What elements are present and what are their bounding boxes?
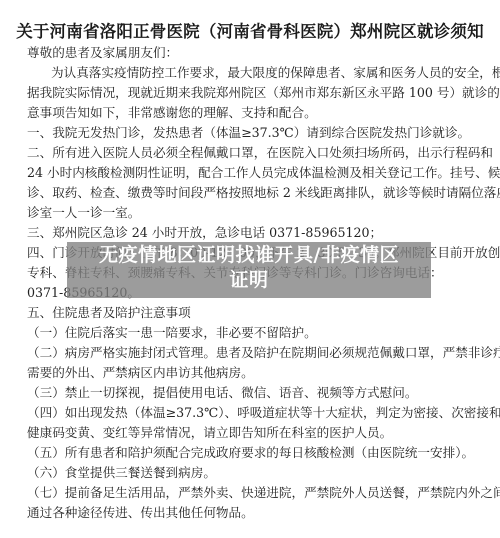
subitem-4-line-2: 健康码变黄、变红等异常情况，请立即告知所在科室的医护人员。	[27, 424, 392, 442]
headline-line-2: 证明	[67, 268, 431, 293]
item-5-heading: 五、住院患者及陪护注意事项	[27, 304, 191, 322]
subitem-1: （一）住院后落实一患一陪要求，非必要不留陪护。	[27, 324, 317, 342]
intro-line-1: 为认真落实疫情防控工作要求，最大限度的保障患者、家属和医务人员的安全，根	[51, 64, 500, 82]
subitem-6: （六）食堂提供三餐送餐到病房。	[27, 464, 216, 482]
subitem-5: （五）所有患者和陪护须配合完成政府要求的每日核酸检测（由医院统一安排）。	[27, 444, 474, 462]
subitem-2-line-2: 需要的外出、严禁病区内串访其他病房。	[27, 364, 254, 382]
item-3: 三、郑州院区急诊 24 小时开放，急诊电话 0371-85965120；	[27, 224, 382, 242]
subitem-2-line-1: （二）病房严格实施封闭式管理。患者及陪护在院期间必须规范佩戴口罩，严禁非诊疗	[27, 344, 500, 362]
subitem-3: （三）禁止一切探视，提倡使用电话、微信、语音、视频等方式慰问。	[27, 384, 417, 402]
headline-line-1: 无疫情地区证明找谁开具/非疫情区	[67, 243, 431, 268]
subitem-7-line-1: （七）提前备足生活用品，严禁外卖、快递进院，严禁院外人员送餐，严禁院内外之间	[27, 484, 500, 502]
item-2-line-3: 诊、取药、检查、缴费等时间段严格按照地标 2 米线距离排队，就诊等候时请隔位落座…	[27, 184, 500, 202]
item-1: 一、我院无发热门诊，发热患者（体温≥37.3℃）请到综合医院发热门诊就诊。	[27, 124, 470, 142]
subitem-4-line-1: （四）如出现发热（体温≥37.3℃）、呼吸道症状等十大症状，判定为密接、次密接和	[27, 404, 500, 422]
salutation: 尊敬的患者及家属朋友们：	[27, 44, 178, 62]
document-title: 关于河南省洛阳正骨医院（河南省骨科医院）郑州院区就诊须知	[0, 18, 500, 42]
item-2-line-1: 二、所有进入医院人员必须全程佩戴口罩，在医院入口处须扫场所码，出示行程码和	[27, 144, 493, 162]
intro-line-2: 据我院实际情况，现就近期来我院郑州院区（郑州市郑东新区永平路 100 号）就诊的…	[27, 84, 500, 102]
item-2-line-4: 诊室一人一诊一室。	[27, 204, 140, 222]
item-2-line-2: 24 小时内核酸检测阴性证明，配合工作人员完成体温检测及相关登记工作。挂号、候	[27, 164, 500, 182]
subitem-7-line-2: 通过各种途径传进、传出其他任何物品。	[27, 504, 254, 522]
intro-line-3: 意事项告知如下，非常感谢您的理解、支持和配合。	[27, 104, 317, 122]
headline-banner-text: 无疫情地区证明找谁开具/非疫情区 证明	[67, 243, 431, 293]
